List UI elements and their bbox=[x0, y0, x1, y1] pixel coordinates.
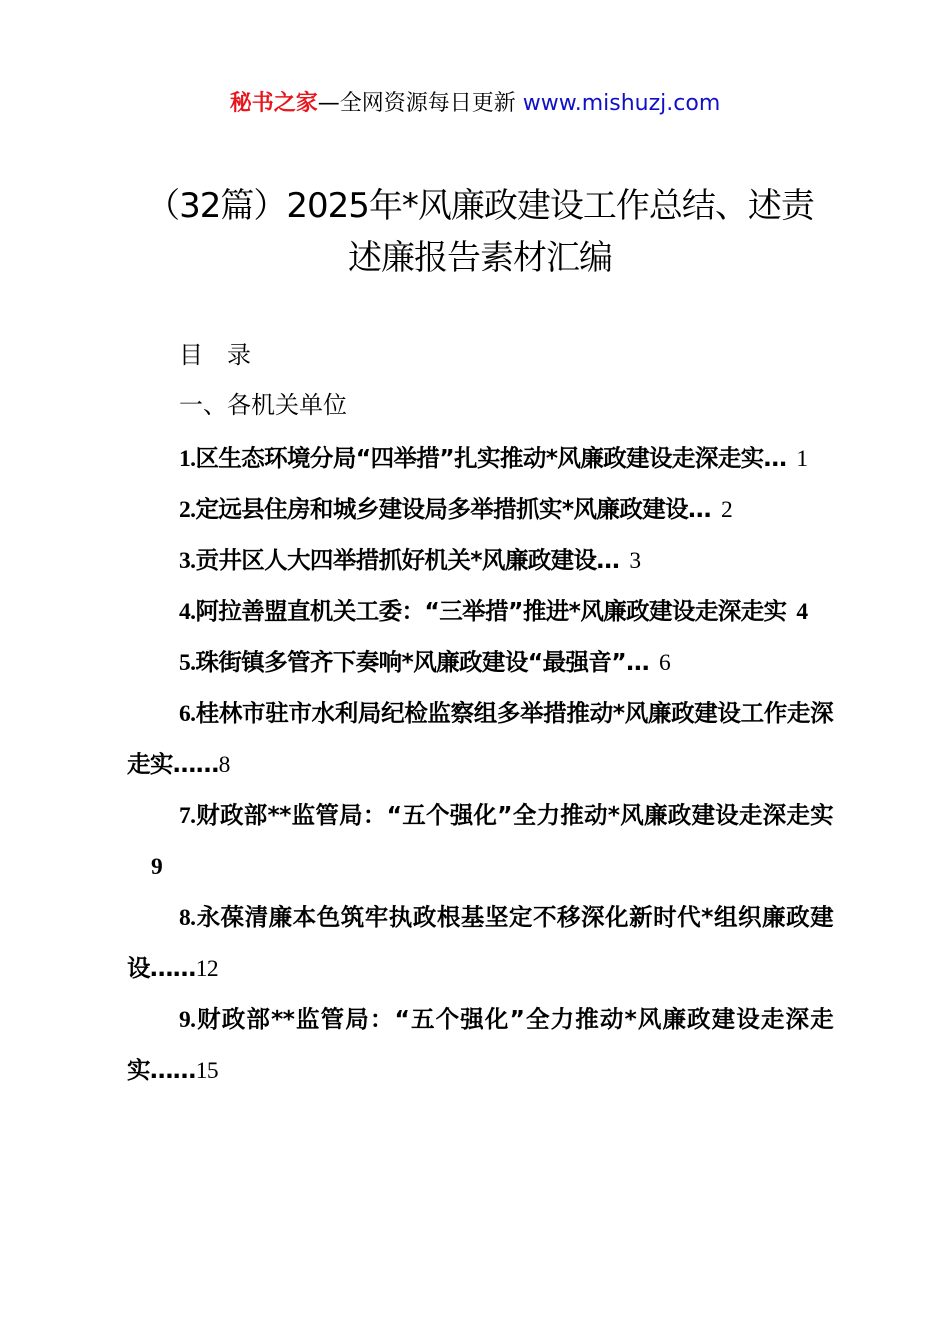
banner-tagline: —全网资源每日更新 bbox=[318, 91, 523, 116]
entry-page: 2 bbox=[721, 497, 732, 523]
document-page: 秘书之家—全网资源每日更新 www.mishuzj.com （32篇）2025年… bbox=[0, 0, 950, 1344]
toc-entry-1[interactable]: 1.区生态环境分局“四举措”扎实推动*风廉政建设走深走实…1 bbox=[127, 433, 833, 484]
entry-title: 阿拉善盟直机关工委：“三举措”推进*风廉政建设走深走实 bbox=[195, 597, 786, 625]
entry-page: 12 bbox=[196, 956, 218, 982]
toc-entry-9[interactable]: 9.财政部**监管局：“五个强化”全力推动*风廉政建设走深走实……15 bbox=[127, 994, 833, 1096]
entry-number: 2. bbox=[179, 497, 195, 523]
entry-title: 区生态环境分局“四举措”扎实推动*风廉政建设走深走实… bbox=[195, 444, 786, 472]
site-url-link[interactable]: www.mishuzj.com bbox=[523, 91, 720, 116]
toc-entry-4[interactable]: 4.阿拉善盟直机关工委：“三举措”推进*风廉政建设走深走实4 bbox=[127, 586, 833, 637]
toc-entry-3[interactable]: 3.贡井区人大四举措抓好机关*风廉政建设…3 bbox=[127, 535, 833, 586]
entry-page: 3 bbox=[629, 548, 640, 574]
entry-title: 永葆清廉本色筑牢执政根基坚定不移深化新时代*组织廉政建设…… bbox=[127, 903, 833, 982]
entry-page: 6 bbox=[659, 650, 670, 676]
document-title: （32篇）2025年*风廉政建设工作总结、述责 述廉报告素材汇编 bbox=[110, 180, 850, 284]
title-line-1: （32篇）2025年*风廉政建设工作总结、述责 bbox=[110, 180, 850, 232]
toc-entry-7[interactable]: 7.财政部**监管局：“五个强化”全力推动*风廉政建设走深走实9 bbox=[127, 790, 833, 892]
toc-section-heading: 一、各机关单位 bbox=[127, 383, 833, 433]
entry-title: 财政部**监管局：“五个强化”全力推动*风廉政建设走深走实…… bbox=[127, 1005, 833, 1084]
entry-page: 8 bbox=[219, 752, 230, 778]
entry-title: 贡井区人大四举措抓好机关*风廉政建设… bbox=[195, 546, 619, 574]
entry-page: 9 bbox=[151, 854, 162, 880]
entry-number: 4. bbox=[179, 599, 195, 625]
brand-name: 秘书之家 bbox=[230, 91, 318, 116]
site-banner: 秘书之家—全网资源每日更新 www.mishuzj.com bbox=[0, 86, 950, 122]
toc-heading-char-1: 目 bbox=[179, 341, 203, 369]
entry-page: 15 bbox=[196, 1058, 218, 1084]
entry-number: 3. bbox=[179, 548, 195, 574]
entry-page: 1 bbox=[796, 446, 807, 472]
toc-heading-char-2: 录 bbox=[227, 341, 251, 369]
entry-page: 4 bbox=[796, 599, 807, 625]
table-of-contents: 目录 一、各机关单位 1.区生态环境分局“四举措”扎实推动*风廉政建设走深走实…… bbox=[127, 333, 833, 1096]
toc-entry-6[interactable]: 6.桂林市驻市水利局纪检监察组多举措推动*风廉政建设工作走深走实……8 bbox=[127, 688, 833, 790]
entry-number: 6. bbox=[179, 701, 195, 727]
toc-entry-8[interactable]: 8.永葆清廉本色筑牢执政根基坚定不移深化新时代*组织廉政建设……12 bbox=[127, 892, 833, 994]
entry-number: 5. bbox=[179, 650, 195, 676]
entry-number: 9. bbox=[179, 1007, 195, 1033]
entry-title: 定远县住房和城乡建设局多举措抓实*风廉政建设… bbox=[195, 495, 711, 523]
toc-entry-2[interactable]: 2.定远县住房和城乡建设局多举措抓实*风廉政建设…2 bbox=[127, 484, 833, 535]
entry-title: 珠街镇多管齐下奏响*风廉政建设“最强音”… bbox=[195, 648, 649, 676]
entry-title: 桂林市驻市水利局纪检监察组多举措推动*风廉政建设工作走深走实…… bbox=[127, 699, 833, 778]
entry-number: 7. bbox=[179, 803, 195, 829]
toc-entry-5[interactable]: 5.珠街镇多管齐下奏响*风廉政建设“最强音”…6 bbox=[127, 637, 833, 688]
entry-title: 财政部**监管局：“五个强化”全力推动*风廉政建设走深走实 bbox=[195, 801, 833, 829]
entry-number: 1. bbox=[179, 446, 195, 472]
toc-heading: 目录 bbox=[127, 333, 833, 383]
title-line-2: 述廉报告素材汇编 bbox=[110, 232, 850, 284]
entry-number: 8. bbox=[179, 905, 195, 931]
